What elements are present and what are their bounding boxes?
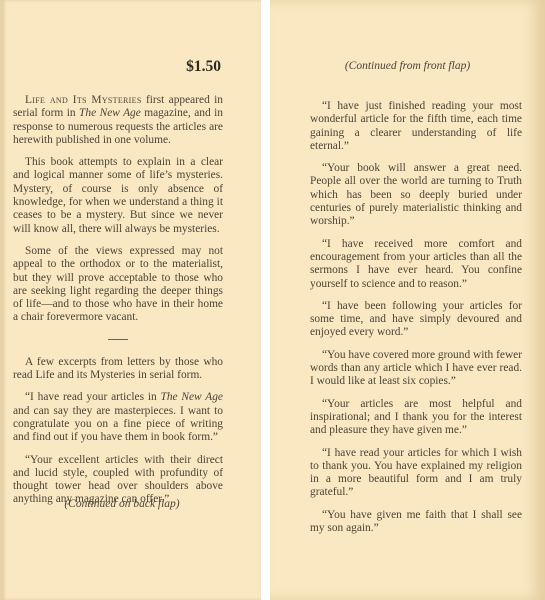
magazine-name: The New Age	[161, 391, 223, 403]
continued-on-back-flap: (Continued on back flap)	[2, 498, 242, 510]
quote: “I have been following your articles for…	[310, 300, 522, 340]
description-paragraph: This book attempts to explain in a clear…	[13, 156, 223, 236]
magazine-name: The New Age	[79, 107, 141, 119]
front-flap-text: Life and Its Mysteries first appeared in…	[13, 94, 223, 516]
continued-from-front-flap: (Continued from front flap)	[270, 60, 545, 72]
quote: “I have read your articles for which I w…	[310, 447, 522, 500]
back-flap: (Continued from front flap) “I have just…	[270, 0, 545, 600]
quote: “Your book will answer a great need. Peo…	[310, 162, 522, 228]
quote: “I have read your articles in The New Ag…	[13, 391, 223, 444]
price: $1.50	[186, 58, 221, 76]
quote: “Your articles are most helpful and insp…	[310, 398, 522, 438]
divider	[108, 339, 128, 340]
description-paragraph: Some of the views expressed may not appe…	[13, 245, 223, 325]
excerpts-intro: A few excerpts from letters by those who…	[13, 356, 223, 383]
quote-text-2: and can say they are masterpieces. I wan…	[13, 405, 223, 444]
quote: “You have covered more ground with fewer…	[310, 349, 522, 389]
quote: “I have just finished reading your most …	[310, 100, 522, 153]
book-title: Life and Its Mysteries	[25, 94, 142, 106]
intro-paragraph: Life and Its Mysteries first appeared in…	[13, 94, 223, 147]
quote-text: “I have read your articles in	[25, 391, 161, 403]
back-flap-text: “I have just finished reading your most …	[310, 100, 522, 544]
quote: “You have given me faith that I shall se…	[310, 509, 522, 536]
front-flap: $1.50 Life and Its Mysteries first appea…	[0, 0, 261, 600]
gutter	[261, 0, 270, 600]
quote: “I have received more comfort and encour…	[310, 238, 522, 291]
